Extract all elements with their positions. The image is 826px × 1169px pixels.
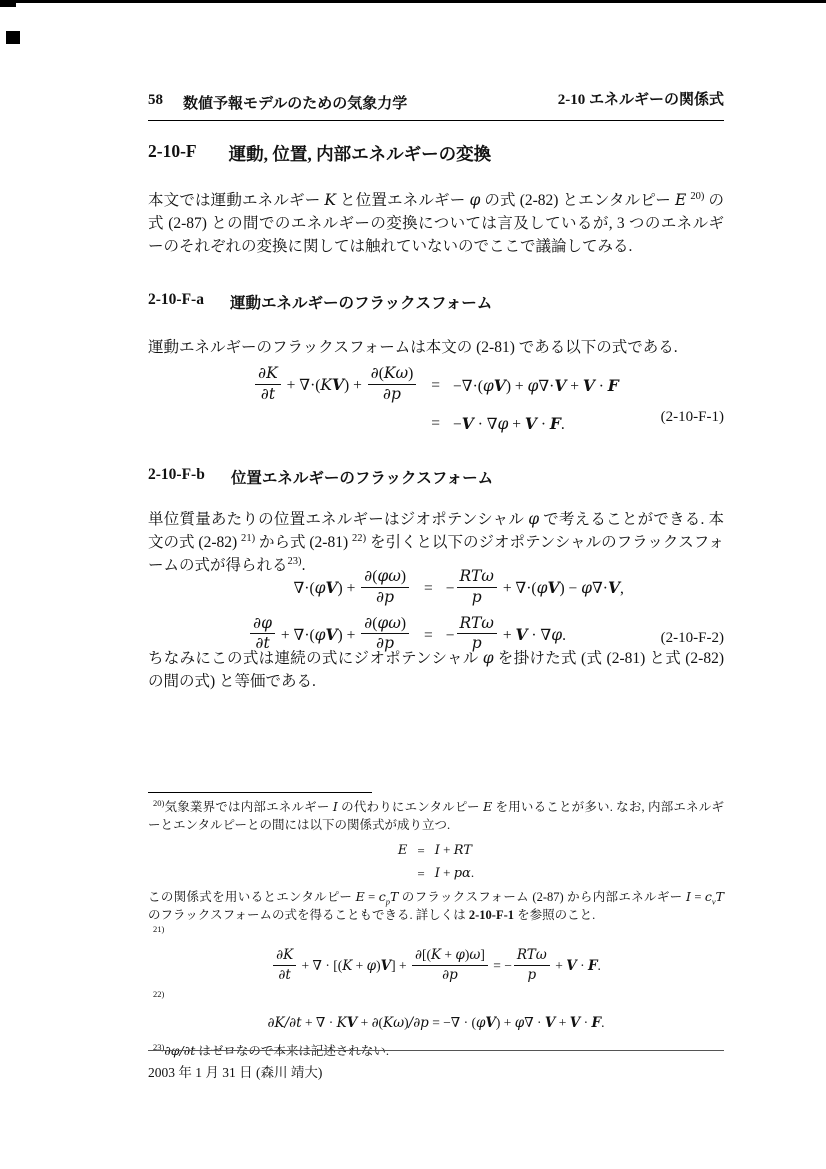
footer-date-author: 2003 年 1 月 31 日 (森川 靖大)	[148, 1065, 322, 1080]
header-left: 58 数値予報モデルのための気象力学	[148, 92, 407, 113]
scan-artifact-corner	[0, 0, 16, 7]
footnote-22-equation: ∂K/∂t + ∇ · KV + ∂(Kω)/∂p = −∇ · (φV) + …	[148, 1014, 724, 1032]
page-number: 58	[148, 92, 163, 113]
section-heading: 2-10-F 運動, 位置, 内部エネルギーの変換	[148, 141, 491, 166]
footnote-22-marker: 22)	[148, 992, 724, 1005]
intro-paragraph: 本文では運動エネルギー K と位置エネルギー φ の式 (2-82) とエンタル…	[148, 189, 724, 258]
subsection-a-heading: 2-10-F-a 運動エネルギーのフラックスフォーム	[148, 291, 492, 313]
equation-2-10-F-1: ∂K∂t + ∇·(KV) + ∂(Kω)∂p=−∇·(φV) + φ∇·V +…	[148, 363, 724, 438]
chapter-title: 2-10 エネルギーの関係式	[558, 88, 724, 109]
paragraph-a: 運動エネルギーのフラックスフォームは本文の (2-81) である以下の式である.	[148, 336, 724, 359]
footnote-22-marker-label: 22)	[153, 989, 164, 999]
subsection-b-number: 2-10-F-b	[148, 466, 205, 488]
footnotes-section: 20)気象業界では内部エネルギー I の代わりにエンタルピー E を用いることが…	[148, 792, 724, 1060]
subsection-a-number: 2-10-F-a	[148, 291, 204, 313]
equation-2-10-F-2: ∇·(φV) + ∂(φω)∂p=−RTωp + ∇·(φV) − φ∇·V,∂…	[148, 566, 724, 659]
page-header: 58 数値予報モデルのための気象力学 2-10 エネルギーの関係式	[148, 88, 724, 121]
footnote-separator-rule	[148, 792, 372, 793]
subsection-b-title: 位置エネルギーのフラックスフォーム	[231, 466, 493, 488]
scan-artifact-top-line	[0, 0, 826, 3]
section-title: 運動, 位置, 内部エネルギーの変換	[229, 141, 492, 166]
footnote-20-text: 20)気象業界では内部エネルギー I の代わりにエンタルピー E を用いることが…	[148, 798, 724, 834]
footnote-21-equation: ∂K∂t + ∇ · [(K + φ)V] + ∂[(K + φ)ω]∂p = …	[148, 949, 724, 985]
page-footer: 2003 年 1 月 31 日 (森川 靖大)	[148, 1050, 724, 1081]
document-page: 58 数値予報モデルのための気象力学 2-10 エネルギーの関係式 2-10-F…	[0, 0, 826, 1169]
footnote-21-marker: 21)	[148, 927, 724, 940]
subsection-b-heading: 2-10-F-b 位置エネルギーのフラックスフォーム	[148, 466, 493, 488]
subsection-a-title: 運動エネルギーのフラックスフォーム	[230, 291, 492, 313]
book-title: 数値予報モデルのための気象力学	[183, 92, 407, 113]
remark-paragraph: ちなみにこの式は連続の式にジオポテンシャル φ を掛けた式 (式 (2-81) …	[148, 647, 724, 693]
footnote-21-marker-label: 21)	[153, 924, 164, 934]
scan-artifact-blot	[6, 31, 20, 44]
footnote-20-equation: E=I + RT=I + pα.	[148, 839, 724, 885]
section-number: 2-10-F	[148, 141, 197, 166]
footnote-20-text-continued: この関係式を用いるとエンタルピー E = cpT のフラックスフォーム (2-8…	[148, 888, 724, 924]
